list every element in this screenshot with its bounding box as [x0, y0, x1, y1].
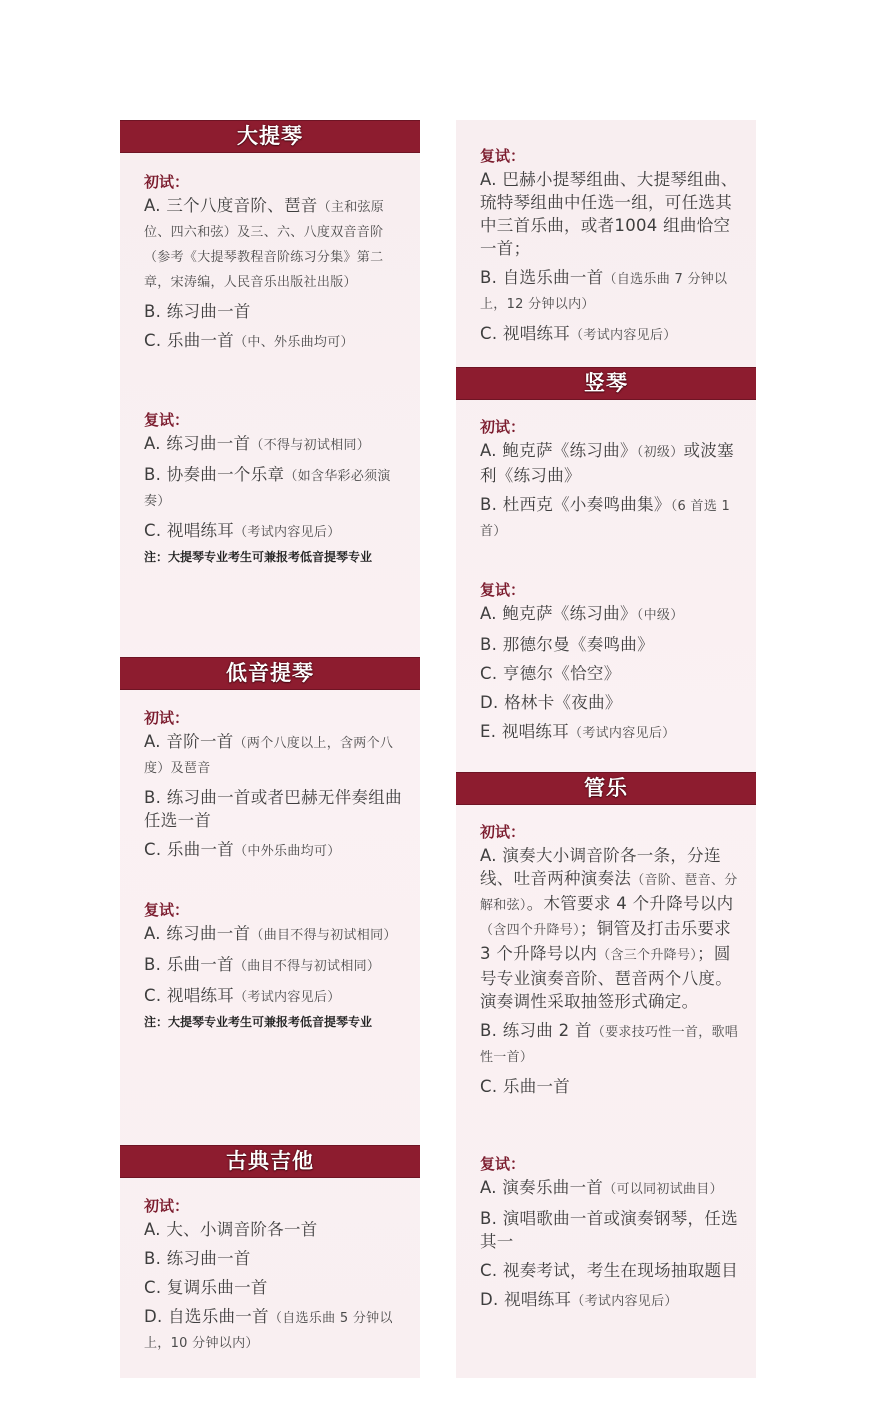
section-header-double-bass: 低音提琴 [120, 657, 420, 690]
item-tail: 。木管要求 4 个升降号以内 [527, 894, 734, 913]
second-round-label: 复试： [480, 580, 742, 602]
list-item: B. 练习曲一首 [144, 300, 406, 323]
item-main: D. 自选乐曲一首 [144, 1307, 269, 1326]
item-main: C. 视奏考试，考生在现场抽取题目 [480, 1261, 738, 1280]
item-note: （含三个升降号） [597, 948, 697, 963]
item-main: B. 练习曲 2 首 [480, 1021, 592, 1040]
item-main: A. 鲍克萨《练习曲》 [480, 604, 637, 623]
item-main: C. 亨德尔《恰空》 [480, 664, 621, 683]
item-main: C. 视唱练耳 [144, 521, 234, 540]
first-round-label: 初试： [144, 1196, 406, 1218]
double-bass-first-round: 初试： A. 音阶一首（两个八度以上，含两个八度）及琶音 B. 练习曲一首或者巴… [144, 708, 406, 869]
item-note: （曲目不得与初试相同） [250, 928, 396, 943]
left-column: 大提琴 初试： A. 三个八度音阶、琶音（主和弦原位、四六和弦）及三、六、八度双… [120, 120, 420, 1378]
right-column: 复试： A. 巴赫小提琴组曲、大提琴组曲、琉特琴组曲中任选一组，可任选其中三首乐… [456, 120, 756, 1378]
list-item: D. 视唱练耳（考试内容见后） [480, 1288, 742, 1313]
section-header-classical-guitar: 古典吉他 [120, 1145, 420, 1178]
list-item: C. 复调乐曲一首 [144, 1276, 406, 1299]
harp-first-round: 初试： A. 鲍克萨《练习曲》（初级）或波塞利《练习曲》 B. 杜西克《小奏鸣曲… [480, 417, 742, 549]
list-item: B. 杜西克《小奏鸣曲集》（6 首选 1 首） [480, 493, 742, 543]
first-round-label: 初试： [144, 708, 406, 730]
first-round-label: 初试： [480, 417, 742, 439]
list-item: D. 格林卡《夜曲》 [480, 691, 742, 714]
second-round-label: 复试： [144, 900, 406, 922]
first-round-label: 初试： [480, 822, 742, 844]
section-header-harp: 竖琴 [456, 367, 756, 400]
item-main: C. 乐曲一首 [480, 1077, 570, 1096]
item-main: B. 练习曲一首 [144, 1249, 251, 1268]
item-main: A. 鲍克萨《练习曲》 [480, 441, 637, 460]
item-note: （不得与初试相同） [250, 438, 370, 453]
footnote: 注：大提琴专业考生可兼报考低音提琴专业 [144, 1013, 406, 1032]
list-item: A. 鲍克萨《练习曲》（初级）或波塞利《练习曲》 [480, 439, 742, 487]
footnote: 注：大提琴专业考生可兼报考低音提琴专业 [144, 548, 406, 567]
item-main: C. 乐曲一首 [144, 840, 234, 859]
section-header-cello: 大提琴 [120, 120, 420, 153]
list-item: A. 演奏乐曲一首（可以同初试曲目） [480, 1176, 742, 1201]
item-main: A. 演奏乐曲一首 [480, 1178, 603, 1197]
second-round-label: 复试： [144, 410, 406, 432]
winds-second-round: 复试： A. 演奏乐曲一首（可以同初试曲目） B. 演唱歌曲一首或演奏钢琴，任选… [480, 1154, 742, 1319]
item-note: （可以同初试曲目） [603, 1182, 723, 1197]
cello-first-round: 初试： A. 三个八度音阶、琶音（主和弦原位、四六和弦）及三、六、八度双音音阶（… [144, 172, 406, 360]
list-item: A. 练习曲一首（不得与初试相同） [144, 432, 406, 457]
item-note: （初级） [637, 445, 684, 460]
second-round-label: 复试： [480, 146, 742, 168]
item-main: B. 乐曲一首 [144, 955, 234, 974]
list-item: B. 自选乐曲一首（自选乐曲 7 分钟以上，12 分钟以内） [480, 266, 742, 316]
classical-guitar-first-round: 初试： A. 大、小调音阶各一首 B. 练习曲一首 C. 复调乐曲一首 D. 自… [144, 1196, 406, 1361]
list-item: B. 练习曲 2 首（要求技巧性一首，歌唱性一首） [480, 1019, 742, 1069]
item-note: （中、外乐曲均可） [234, 335, 354, 350]
second-round-label: 复试： [480, 1154, 742, 1176]
harp-second-round: 复试： A. 鲍克萨《练习曲》（中级） B. 那德尔曼《奏鸣曲》 C. 亨德尔《… [480, 580, 742, 751]
list-item: B. 那德尔曼《奏鸣曲》 [480, 633, 742, 656]
item-main: A. 音阶一首 [144, 732, 234, 751]
item-note: （考试内容见后） [569, 726, 675, 741]
item-main: E. 视唱练耳 [480, 722, 569, 741]
winds-first-round: 初试： A. 演奏大小调音阶各一条，分连线、吐音两种演奏法（音阶、琶音、分解和弦… [480, 822, 742, 1104]
item-main: B. 练习曲一首或者巴赫无伴奏组曲任选一首 [144, 788, 402, 830]
list-item: A. 巴赫小提琴组曲、大提琴组曲、琉特琴组曲中任选一组，可任选其中三首乐曲，或者… [480, 168, 742, 260]
list-item: C. 视唱练耳（考试内容见后） [144, 519, 406, 544]
item-note: （考试内容见后） [571, 1294, 677, 1309]
list-item: C. 乐曲一首（中外乐曲均可） [144, 838, 406, 863]
list-item: A. 三个八度音阶、琶音（主和弦原位、四六和弦）及三、六、八度双音音阶（参考《大… [144, 194, 406, 294]
list-item: C. 视奏考试，考生在现场抽取题目 [480, 1259, 742, 1282]
cello-second-round: 复试： A. 练习曲一首（不得与初试相同） B. 协奏曲一个乐章（如含华彩必须演… [144, 410, 406, 567]
first-round-label: 初试： [144, 172, 406, 194]
list-item: A. 大、小调音阶各一首 [144, 1218, 406, 1241]
item-note: （考试内容见后） [234, 990, 340, 1005]
item-main: D. 格林卡《夜曲》 [480, 693, 622, 712]
item-main: D. 视唱练耳 [480, 1290, 571, 1309]
list-item: A. 鲍克萨《练习曲》（中级） [480, 602, 742, 627]
list-item: A. 演奏大小调音阶各一条，分连线、吐音两种演奏法（音阶、琶音、分解和弦）。木管… [480, 844, 742, 1013]
list-item: A. 音阶一首（两个八度以上，含两个八度）及琶音 [144, 730, 406, 780]
classical-guitar-second-round: 复试： A. 巴赫小提琴组曲、大提琴组曲、琉特琴组曲中任选一组，可任选其中三首乐… [480, 146, 742, 353]
item-note: （考试内容见后） [570, 328, 676, 343]
list-item: B. 练习曲一首 [144, 1247, 406, 1270]
list-item: C. 乐曲一首 [480, 1075, 742, 1098]
double-bass-second-round: 复试： A. 练习曲一首（曲目不得与初试相同） B. 乐曲一首（曲目不得与初试相… [144, 900, 406, 1032]
item-main: C. 乐曲一首 [144, 331, 234, 350]
item-note: （含四个升降号） [480, 923, 580, 938]
list-item: E. 视唱练耳（考试内容见后） [480, 720, 742, 745]
item-main: A. 练习曲一首 [144, 434, 250, 453]
item-main: B. 演唱歌曲一首或演奏钢琴，任选其一 [480, 1209, 738, 1251]
item-main: A. 三个八度音阶、琶音 [144, 196, 318, 215]
item-main: A. 大、小调音阶各一首 [144, 1220, 318, 1239]
list-item: A. 练习曲一首（曲目不得与初试相同） [144, 922, 406, 947]
list-item: B. 演唱歌曲一首或演奏钢琴，任选其一 [480, 1207, 742, 1253]
list-item: B. 协奏曲一个乐章（如含华彩必须演奏） [144, 463, 406, 513]
item-note: （中外乐曲均可） [234, 844, 340, 859]
item-main: C. 视唱练耳 [480, 324, 570, 343]
item-note: （曲目不得与初试相同） [234, 959, 380, 974]
section-header-winds: 管乐 [456, 772, 756, 805]
list-item: B. 乐曲一首（曲目不得与初试相同） [144, 953, 406, 978]
item-main: B. 那德尔曼《奏鸣曲》 [480, 635, 654, 654]
list-item: C. 乐曲一首（中、外乐曲均可） [144, 329, 406, 354]
list-item: C. 亨德尔《恰空》 [480, 662, 742, 685]
item-main: C. 复调乐曲一首 [144, 1278, 268, 1297]
item-main: C. 视唱练耳 [144, 986, 234, 1005]
list-item: C. 视唱练耳（考试内容见后） [144, 984, 406, 1009]
item-main: A. 练习曲一首 [144, 924, 250, 943]
item-main: B. 协奏曲一个乐章 [144, 465, 284, 484]
item-main: B. 自选乐曲一首 [480, 268, 604, 287]
item-main: B. 练习曲一首 [144, 302, 251, 321]
list-item: C. 视唱练耳（考试内容见后） [480, 322, 742, 347]
item-note: （考试内容见后） [234, 525, 340, 540]
list-item: B. 练习曲一首或者巴赫无伴奏组曲任选一首 [144, 786, 406, 832]
item-note: （中级） [637, 608, 684, 623]
item-main: B. 杜西克《小奏鸣曲集》 [480, 495, 671, 514]
item-main: A. 巴赫小提琴组曲、大提琴组曲、琉特琴组曲中任选一组，可任选其中三首乐曲，或者… [480, 170, 738, 258]
list-item: D. 自选乐曲一首（自选乐曲 5 分钟以上，10 分钟以内） [144, 1305, 406, 1355]
